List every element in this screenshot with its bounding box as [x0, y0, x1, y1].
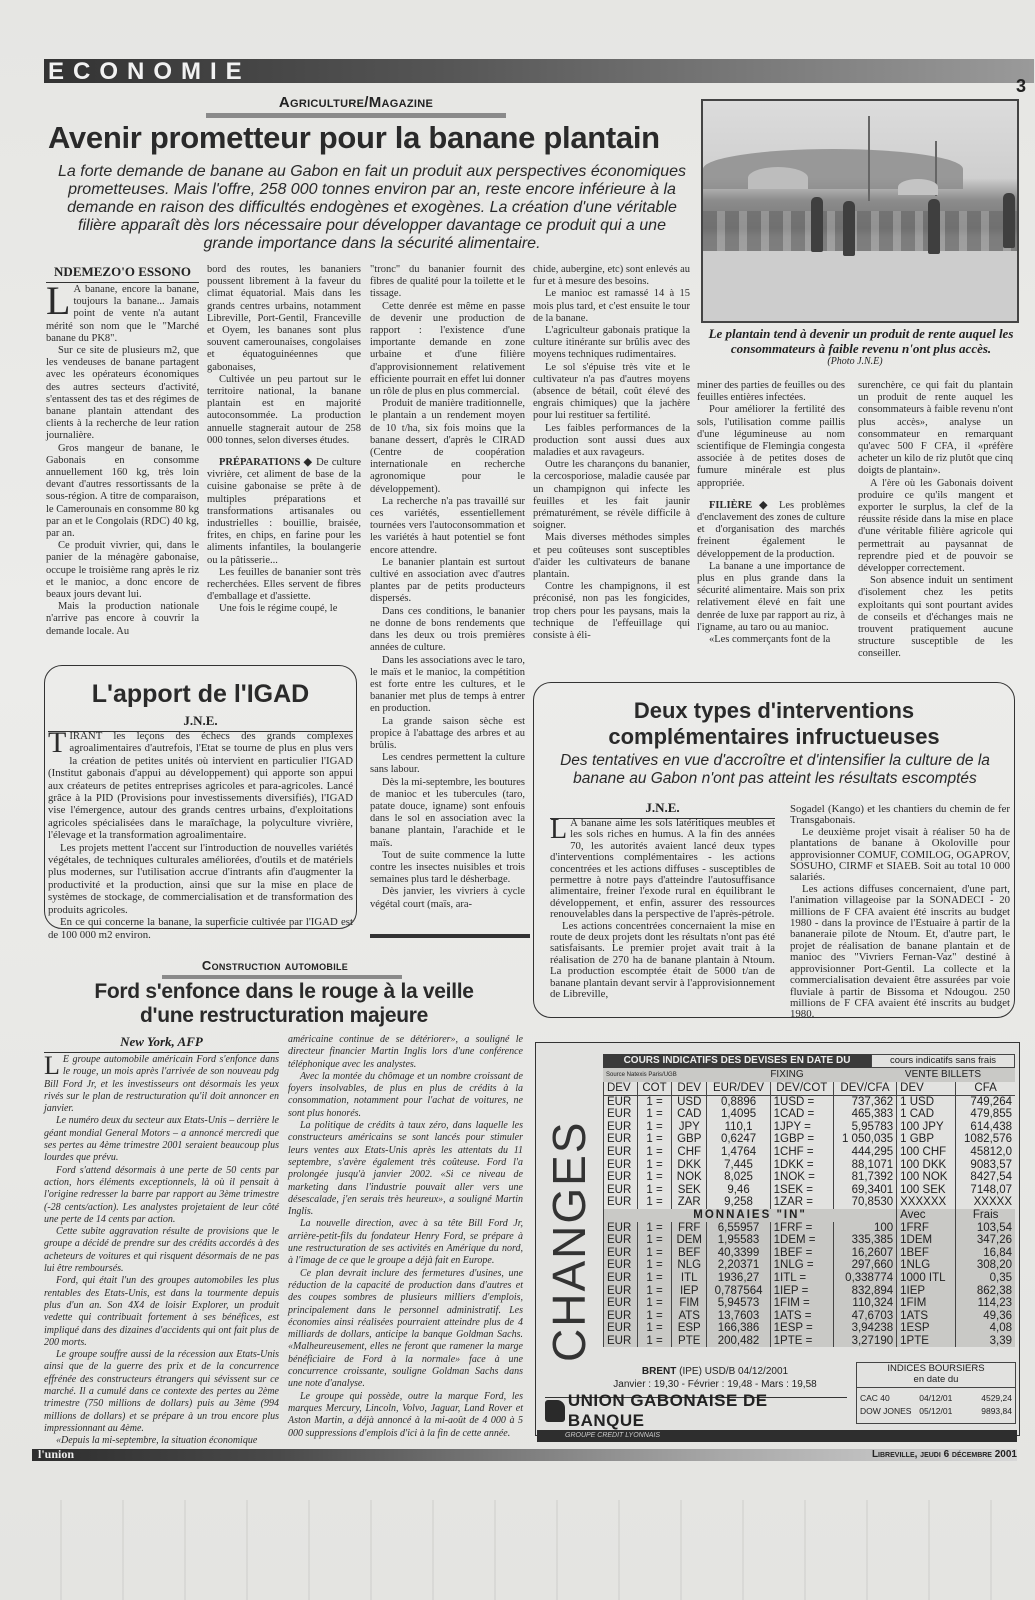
dateline: Libreville, jeudi 6 décembre 2001	[872, 1449, 1017, 1460]
fixing-label: FIXING	[703, 1068, 871, 1082]
currency-table-title: COURS INDICATIFS DES DEVISES EN DATE DU …	[603, 1054, 871, 1068]
column-end-rule	[370, 934, 530, 938]
currency-row: EUR1 =DEM1,955831DEM =335,3851DEM347,26	[604, 1234, 1016, 1247]
ford-column-2: américaine continue de se détériorer», a…	[288, 1034, 523, 1440]
stock-index-row: CAC 4004/12/014529,24	[860, 1392, 1012, 1405]
newspaper-name: l'union	[38, 1447, 74, 1462]
currency-row: EUR1 =NOK8,0251NOK =81,7392100 NOK8427,5…	[604, 1171, 1016, 1184]
interventions-column-2: Sogadel (Kango) et les chantiers du chem…	[790, 804, 1010, 1021]
source-note: Source Natexis Paris/UGB	[603, 1068, 703, 1082]
brent-info: BRENT (IPE) USD/B 04/12/2001 Janvier : 1…	[580, 1365, 850, 1391]
dropcap: L	[46, 285, 73, 317]
ford-headline: Ford s'enfonce dans le rouge à la veille…	[44, 980, 524, 1028]
main-column-5: miner des parties de feuilles ou des feu…	[697, 380, 845, 646]
interventions-column-1: L A banane aime les sols latéritiques me…	[550, 818, 775, 1001]
stock-indices-box: INDICES BOURSIERS en date du CAC 4004/12…	[856, 1362, 1016, 1424]
section-rubric: ECONOMIE	[48, 58, 251, 86]
monnaies-in-row: MONNAIES "IN" Avec Frais	[604, 1209, 1016, 1222]
currency-row: EUR1 =ITL1936,271ITL =0,3387741000 ITL0,…	[604, 1272, 1016, 1285]
main-headline: Avenir prometteur pour la banane plantai…	[48, 120, 698, 156]
kicker-bar	[206, 113, 506, 118]
changes-vertical-title: CHANGES	[540, 1062, 580, 1362]
currency-table: DEV COT DEV EUR/DEV DEV/COT DEV/CFA DEV …	[603, 1082, 1015, 1347]
currency-row: EUR1 =FIM5,945731FIM =110,3241FIM114,23	[604, 1297, 1016, 1310]
ford-kicker: Construction automobile	[170, 958, 380, 973]
currency-row: EUR1 =ZAR9,2581ZAR =70,8530XXXXXXXXXXX	[604, 1196, 1016, 1209]
main-kicker: Agriculture/Magazine	[256, 94, 456, 111]
currency-row: EUR1 =SEK9,461SEK =69,3401100 SEK7148,07	[604, 1184, 1016, 1197]
kicker-bar	[162, 975, 402, 979]
currency-row: EUR1 =ATS13,76031ATS =47,67031ATS49,36	[604, 1310, 1016, 1323]
main-column-6: surenchère, ce qui fait du plantain un p…	[858, 380, 1013, 661]
currency-row: EUR1 =NLG2,203711NLG =297,6601NLG308,20	[604, 1259, 1016, 1272]
photo-caption: Le plantain tend à devenir un produit de…	[700, 326, 1022, 356]
ford-byline: New York, AFP	[44, 1034, 279, 1053]
dropcap: L	[44, 1055, 63, 1077]
currency-row: EUR1 =BEF40,33991BEF =16,26071BEF16,84	[604, 1247, 1016, 1260]
right-table-title: cours indicatifs sans frais	[871, 1054, 1015, 1068]
page-number: 3	[1016, 76, 1026, 97]
currency-row: EUR1 =JPY110,11JPY =5,95783100 JPY614,43…	[604, 1121, 1016, 1134]
currency-row: EUR1 =USD0,88961USD =737,3621 USD749,264	[604, 1095, 1016, 1108]
table-header-row: DEV COT DEV EUR/DEV DEV/COT DEV/CFA DEV …	[604, 1082, 1016, 1095]
interventions-deck: Des tentatives en vue d'accroître et d'i…	[545, 752, 1005, 788]
vente-billets-label: VENTE BILLETS	[871, 1068, 1015, 1082]
main-column-4: chide, aubergine, etc) sont enlevés au f…	[533, 264, 690, 642]
scan-margin	[0, 1500, 1035, 1600]
ford-column-1: L E groupe automobile américain Ford s'e…	[44, 1054, 279, 1448]
photo-credit: (Photo J.N.E)	[780, 356, 930, 367]
currency-row: EUR1 =CAD1,40951CAD =465,3831 CAD479,855	[604, 1108, 1016, 1121]
ugb-logo-icon	[545, 1400, 565, 1422]
stock-index-row: DOW JONES05/12/019893,84	[860, 1405, 1012, 1418]
dropcap: T	[48, 731, 69, 755]
main-column-3: "tronc" du bananier fournit des fibres d…	[370, 264, 525, 911]
market-photo	[701, 99, 1019, 323]
currency-row: EUR1 =GBP0,62471GBP =1 050,0351 GBP1082,…	[604, 1133, 1016, 1146]
newspaper-page: ECONOMIE 3 Agriculture/Magazine Avenir p…	[0, 0, 1035, 1600]
currency-row: EUR1 =DKK7,4451DKK =88,1071100 DKK9083,5…	[604, 1159, 1016, 1172]
footer-band	[32, 1449, 1017, 1461]
currency-row: EUR1 =PTE200,4821PTE =3,271901PTE3,39	[604, 1335, 1016, 1348]
currency-row: EUR1 =FRF6,559571FRF =1001FRF103,54	[604, 1222, 1016, 1235]
bank-logo: UNION GABONAISE DE BANQUE	[545, 1397, 847, 1423]
main-column-1: L A banane, encore la banane, toujours l…	[46, 284, 199, 638]
main-column-2: bord des routes, les bananiers poussent …	[207, 264, 361, 616]
subhead-filiere: FILIÈRE ◆	[709, 500, 772, 511]
subhead-preparations: PRÉPARATIONS ◆	[219, 457, 313, 468]
igad-body: T IRANT les leçons des échecs des grands…	[48, 730, 353, 941]
interventions-title: Deux types d'interventions complémentair…	[533, 698, 1015, 750]
bank-group-bar: GROUPE CREDIT LYONNAIS	[537, 1430, 1017, 1442]
currency-row: EUR1 =CHF1,47641CHF =444,295100 CHF45812…	[604, 1146, 1016, 1159]
currency-row: EUR1 =ESP166,3861ESP =3,942381ESP4,08	[604, 1322, 1016, 1335]
currency-table-wrap: COURS INDICATIFS DES DEVISES EN DATE DU …	[603, 1054, 1015, 1347]
dropcap: L	[550, 819, 570, 841]
igad-title: L'apport de l'IGAD	[44, 680, 357, 709]
main-deck: La forte demande de banane au Gabon en f…	[52, 163, 692, 253]
currency-row: EUR1 =IEP0,7875641IEP =832,8941IEP862,38	[604, 1285, 1016, 1298]
